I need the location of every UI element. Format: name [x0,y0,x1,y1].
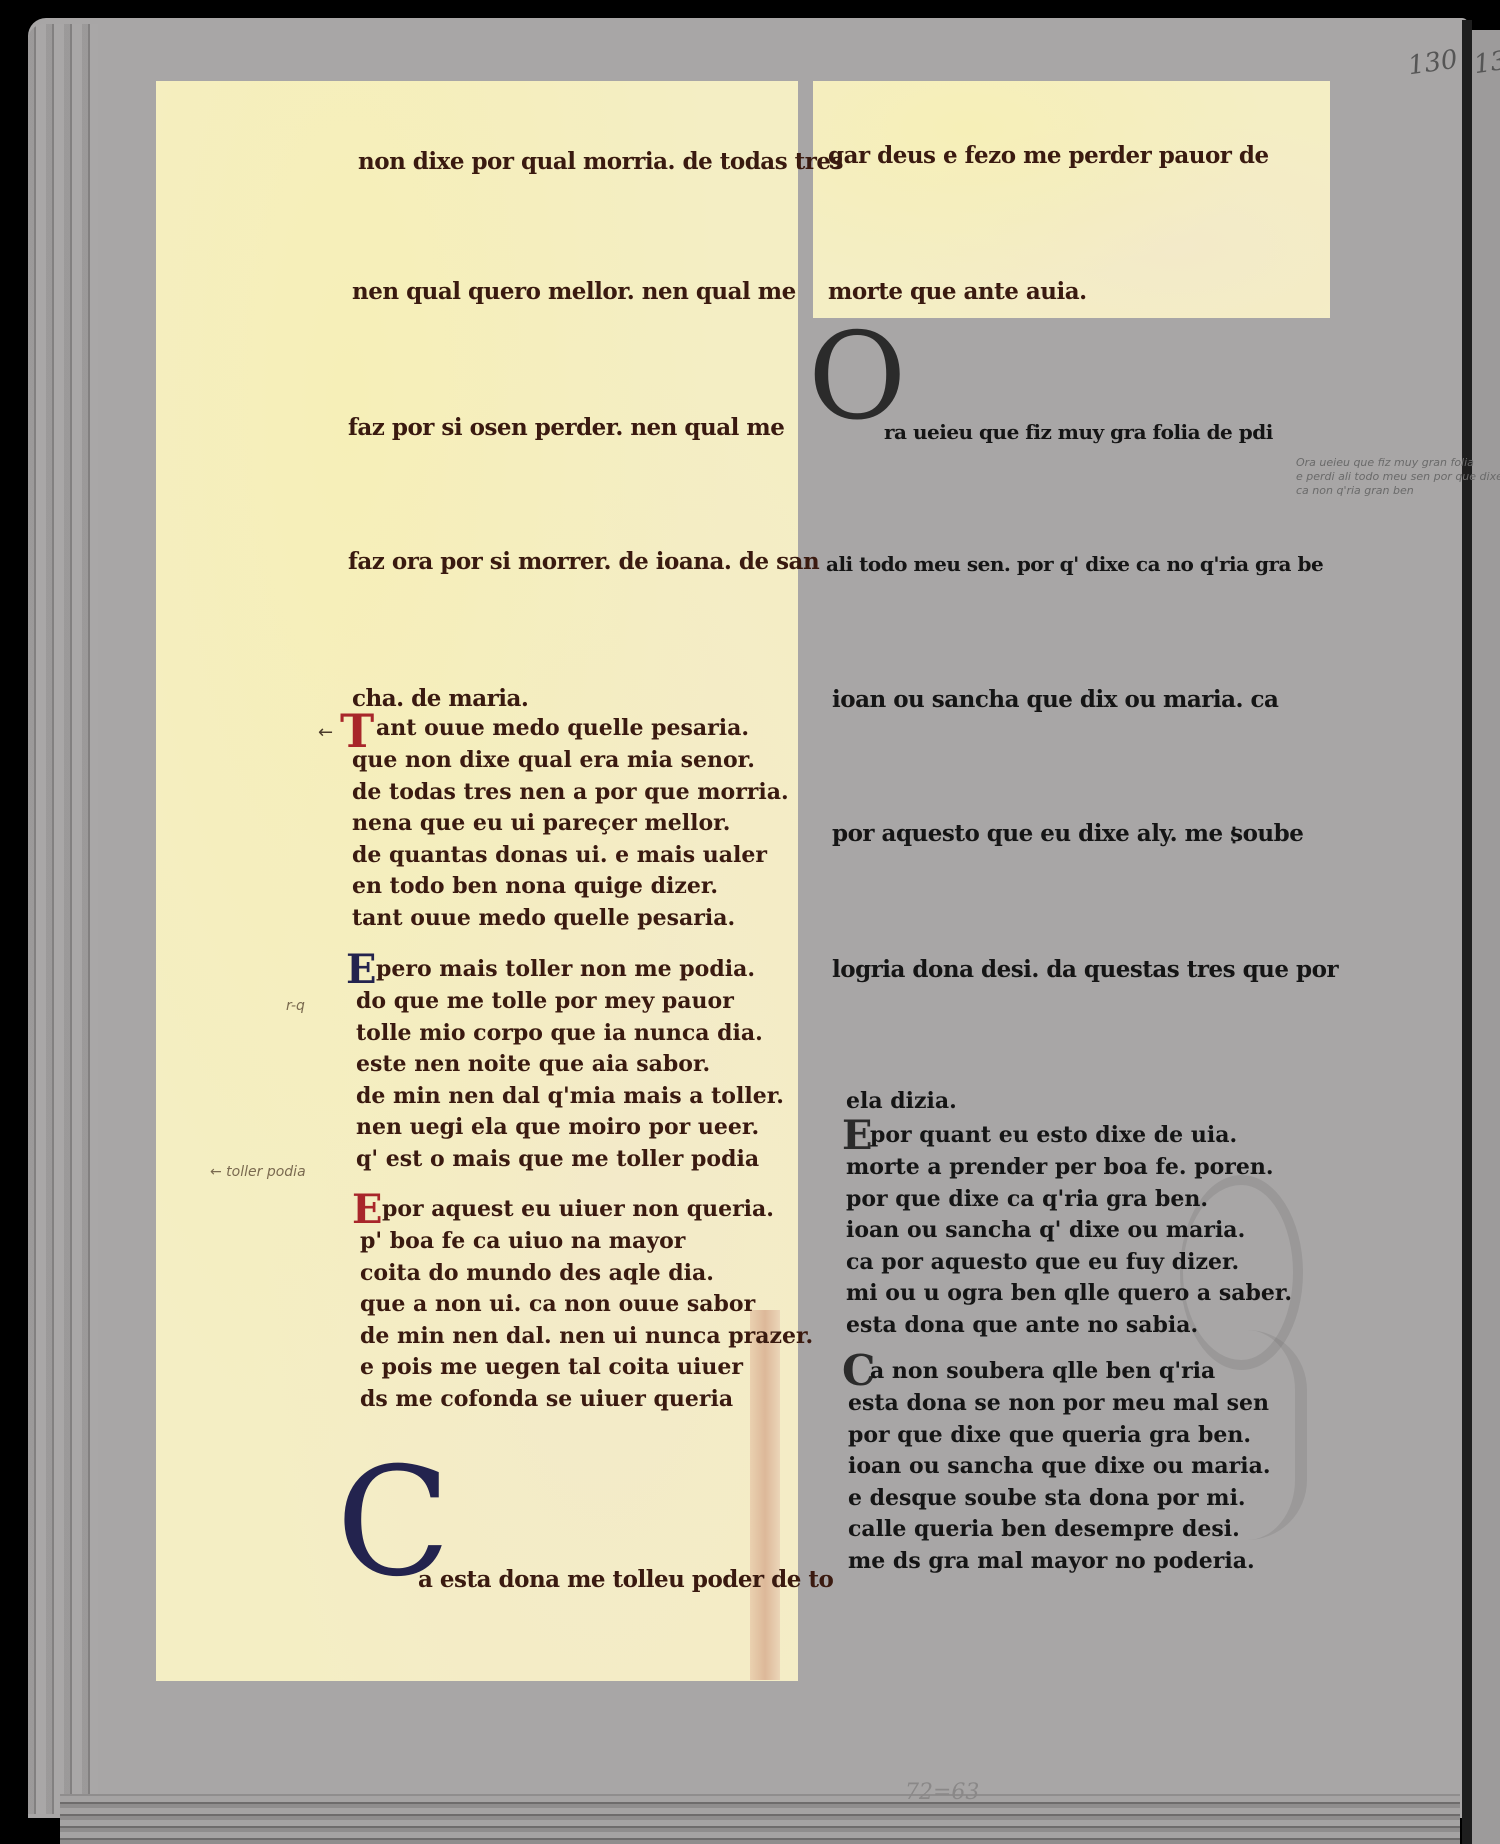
next-folio-number: 13 [1472,46,1500,80]
verse-line: por aquest eu uiuer non queria. [382,1194,774,1226]
verse-line: ioan ou sancha que dixe ou maria. [848,1451,1270,1483]
next-page-edge [1472,30,1500,1844]
verse-line: gar deus e fezo me perder pauor de [828,142,1269,169]
verse-line: non dixe por qual morria. de todas tres [358,148,843,175]
margin-arrow: ← [318,722,333,743]
stanza-1-cont: que non dixe qual era mia senor. de toda… [352,745,789,934]
verse-line: morte a prender per boa fe. poren. [846,1152,1292,1184]
stanza-2: pero mais toller non me podia. [376,954,755,986]
verse-line: de todas tres nen a por que morria. [352,777,789,809]
verse-line: que a non ui. ca non ouue sabor [360,1289,813,1321]
stanza-a-cont: morte a prender per boa fe. poren. por q… [846,1152,1292,1341]
verse-line: que non dixe qual era mia senor. [352,745,789,777]
verse-line: este nen noite que aia sabor. [356,1049,784,1081]
margin-note: ← toller podia [210,1164,306,1180]
verse-line: calle queria ben desempre desi. [848,1514,1270,1546]
verse-line: e pois me uegen tal coita uiuer [360,1352,813,1384]
blue-initial-e: E [346,950,377,990]
verse-line: por que dixe que queria gra ben. [848,1420,1270,1452]
verse-line: logria dona desi. da questas tres que po… [832,956,1338,983]
margin-note-line: e perdi ali todo meu sen por que dixe [1296,470,1500,484]
shelfmark: 72=63 [905,1780,979,1805]
margin-note: r-q [286,998,305,1014]
verse-line: ra ueieu que fiz muy gra folia de pdi [884,420,1273,444]
verse-line: mi ou u ogra ben qlle quero a saber. [846,1278,1292,1310]
verse-line: pero mais toller non me podia. [376,954,755,986]
stanza-a: por quant eu esto dixe de uia. [870,1120,1237,1152]
stanza-2-cont: do que me tolle por mey pauor tolle mio … [356,986,784,1175]
verse-line: me ds gra mal mayor no poderia. [848,1546,1270,1578]
punctuation-mark: ⋮ [1224,822,1244,846]
verse-line: en todo ben nona quige dizer. [352,871,789,903]
verse-line: de quantas donas ui. e mais ualer [352,840,789,872]
stanza-b-cont: esta dona se non por meu mal sen por que… [848,1388,1270,1577]
verse-line: nen uegi ela que moiro por ueer. [356,1112,784,1144]
stanza-b: a non soubera qlle ben q'ria [870,1356,1215,1388]
verse-line: nen qual quero mellor. nen qual me [352,278,796,305]
verse-line: ca por aquesto que eu fuy dizer. [846,1247,1292,1279]
verse-line: coita do mundo des aqle dia. [360,1258,813,1290]
verse-line: q' est o mais que me toller podia [356,1144,784,1176]
verse-line: nena que eu ui pareçer mellor. [352,808,789,840]
verse-line: tant ouue medo quelle pesaria. [352,903,789,935]
verse-line: faz por si osen perder. nen qual me [348,414,784,441]
stanza-3: por aquest eu uiuer non queria. [382,1194,774,1226]
verse-line: ioan ou sancha que dix ou maria. ca [832,686,1278,713]
stanza-1: ant ouue medo quelle pesaria. [376,713,749,745]
verse-line: cha. de maria. [352,685,528,712]
bottom-page-edges [60,1794,1460,1844]
verse-line: faz ora por si morrer. de ioana. de san [348,548,819,575]
stanza-3-cont: p' boa fe ca uiuo na mayor coita do mund… [360,1226,813,1415]
margin-note-right: Ora ueieu que fiz muy gran folia e perdi… [1296,456,1500,498]
verse-line: a non soubera qlle ben q'ria [870,1356,1215,1388]
initial-e: E [842,1116,873,1156]
margin-note-line: Ora ueieu que fiz muy gran folia [1296,456,1500,470]
verse-line: p' boa fe ca uiuo na mayor [360,1226,813,1258]
book-gutter [1462,20,1472,1844]
verse-line: por que dixe ca q'ria gra ben. [846,1184,1292,1216]
verse-line: ioan ou sancha q' dixe ou maria. [846,1215,1292,1247]
margin-note-line: ca non q'ria gran ben [1296,484,1500,498]
verse-line: de min nen dal. nen ui nunca prazer. [360,1321,813,1353]
stacked-page-edges [28,24,98,1814]
verse-line: ds me cofonda se uiuer queria [360,1384,813,1416]
verse-line: morte que ante auia. [828,278,1087,305]
verse-line: ant ouue medo quelle pesaria. [376,713,749,745]
verse-line: e desque soube sta dona por mi. [848,1483,1270,1515]
verse-line: ali todo meu sen. por q' dixe ca no q'ri… [826,552,1323,576]
verse-line: a esta dona me tolleu poder de to [418,1566,833,1593]
verse-line: esta dona que ante no sabia. [846,1310,1292,1342]
rubric-initial-e: E [352,1190,383,1230]
verse-line: esta dona se non por meu mal sen [848,1388,1270,1420]
verse-line: de min nen dal q'mia mais a toller. [356,1081,784,1113]
verse-line: tolle mio corpo que ia nunca dia. [356,1018,784,1050]
verse-line: do que me tolle por mey pauor [356,986,784,1018]
verse-line: por quant eu esto dixe de uia. [870,1120,1237,1152]
